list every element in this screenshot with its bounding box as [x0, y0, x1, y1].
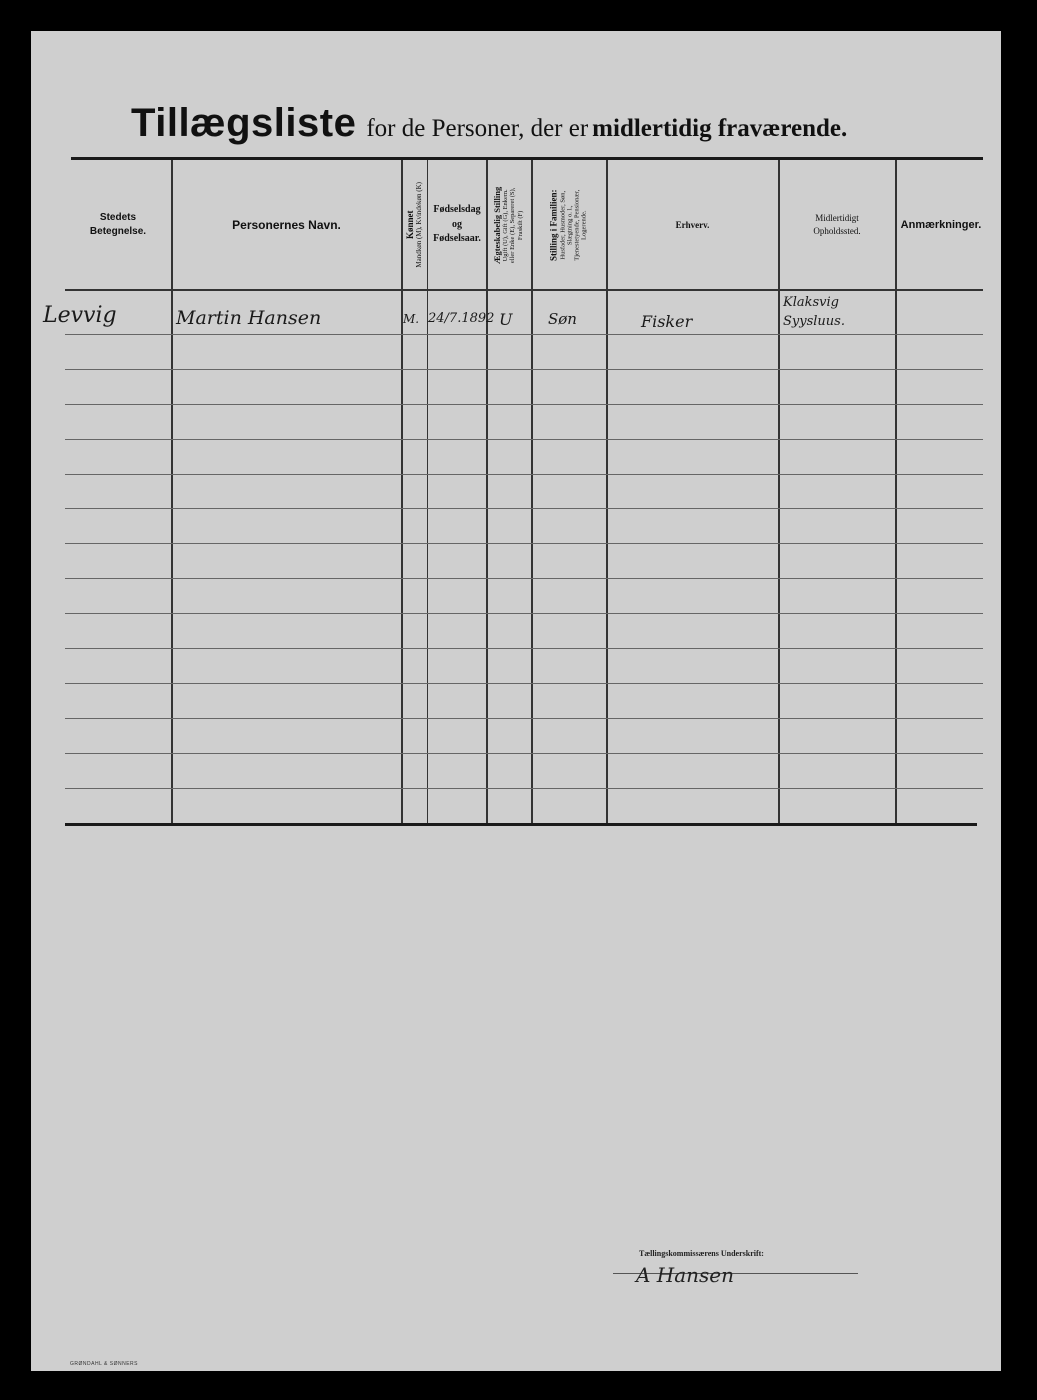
header-text: Mandkøn (M), Kvindekøn (K) [416, 182, 424, 268]
header-text: Betegnelse. [90, 225, 146, 239]
row-line [65, 753, 983, 754]
header-text: Stedets [90, 211, 146, 225]
row-line [65, 404, 983, 405]
row-line [65, 508, 983, 509]
cell-ophold-line1: Klaksvig [783, 295, 839, 310]
row-line [65, 683, 983, 684]
header-text: Fødselsdag [433, 203, 481, 218]
header-ophold: Midlertidigt Opholdssted. [779, 161, 895, 289]
signature-caption: Tællingskommissærens Underskrift: [639, 1249, 764, 1258]
header-text: og [433, 218, 481, 233]
header-konnet: Kønnet Mandkøn (M), Kvindekøn (K) [402, 161, 427, 289]
header-text: Erhverv. [676, 220, 710, 230]
header-text: eller Enke (E), Separeret (S), [510, 186, 517, 263]
header-erhverv: Erhverv. [607, 161, 778, 289]
header-stedets: Stedets Betegnelse. [65, 161, 171, 289]
header-text: Logerende. [581, 189, 588, 261]
header-stilling: Stilling i Familien: Husfader, Husmoder,… [532, 161, 606, 289]
row-line [65, 578, 983, 579]
title-main: Tillægsliste [131, 101, 356, 145]
header-navn: Personernes Navn. [172, 161, 401, 289]
cell-fodsel: 24/7.1892 [428, 311, 494, 326]
row-line [65, 334, 983, 335]
cell-navn: Martin Hansen [176, 307, 321, 329]
title-part1: for de Personer, der er [366, 115, 588, 142]
bottom-rule [65, 823, 977, 826]
header-aegteskab: Ægteskabelig Stilling Ugift (U), Gift (G… [487, 161, 531, 289]
row-line [65, 718, 983, 719]
row-line [65, 439, 983, 440]
header-text: Fødselsaar. [433, 232, 481, 247]
header-rule [65, 289, 983, 291]
header-fodsel: Fødselsdag og Fødselsaar. [428, 161, 486, 289]
row-line [65, 613, 983, 614]
top-rule [71, 157, 983, 160]
cell-konnet: M. [403, 312, 419, 326]
header-text: Anmærkninger. [901, 219, 982, 231]
row-line [65, 369, 983, 370]
header-text: Personernes Navn. [232, 218, 341, 232]
cell-aegteskab: U [499, 310, 512, 329]
header-text: Fraskilt (F) [517, 186, 524, 263]
cell-erhverv: Fisker [641, 312, 692, 331]
header-text: Ægteskabelig Stilling [494, 186, 503, 263]
census-form-page: Tillægsliste for de Personer, der er mid… [31, 31, 1001, 1371]
printer-imprint: GRØNDAHL & SØNNERS [70, 1361, 138, 1367]
header-anm: Anmærkninger. [896, 161, 986, 289]
row-line [65, 474, 983, 475]
form-title: Tillægsliste for de Personer, der er mid… [131, 101, 847, 146]
title-part2: midlertidig fraværende. [592, 115, 847, 142]
row-line [65, 788, 983, 789]
cell-stilling: Søn [548, 310, 577, 328]
row-line [65, 648, 983, 649]
signature: A Hansen [636, 1263, 734, 1287]
header-text: Opholdssted. [813, 225, 860, 239]
header-text: Midlertidigt [813, 212, 860, 226]
cell-ophold-line2: Syysluus. [783, 314, 845, 329]
row-line [65, 543, 983, 544]
header-text: Stilling i Familien: [550, 189, 560, 261]
cell-stedets: Levvig [43, 303, 117, 328]
